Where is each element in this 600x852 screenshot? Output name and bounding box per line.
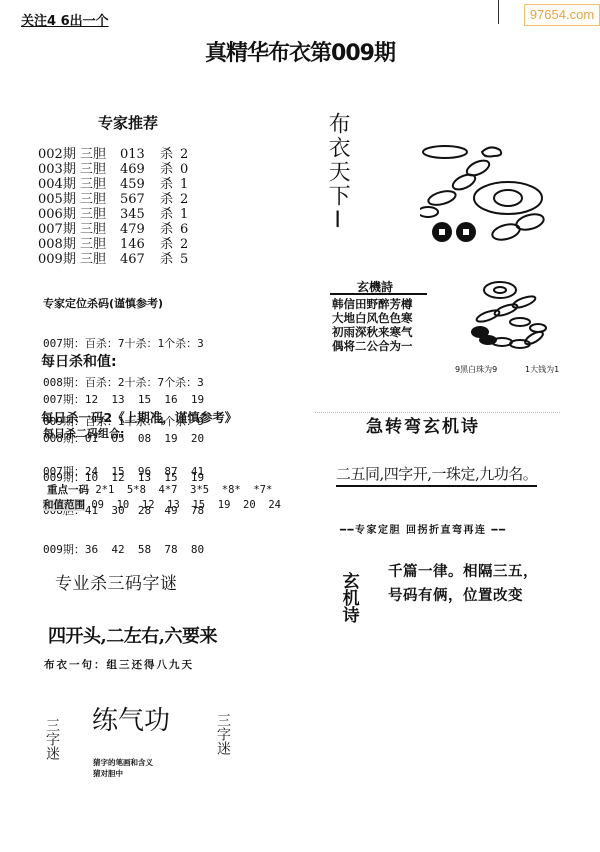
three-char-riddle-left: 三字迷 xyxy=(42,718,62,760)
rec-kill: 0 xyxy=(180,162,188,177)
beads-coins-illustration xyxy=(420,140,560,250)
rec-period: 007期 xyxy=(38,222,80,237)
rec-period: 005期 xyxy=(38,192,80,207)
list-item: 005期三胆567杀2 xyxy=(38,192,188,207)
rec-type: 三胆 xyxy=(80,192,120,207)
rec-type: 三胆 xyxy=(80,222,120,237)
rec-kill-label: 杀 xyxy=(160,222,180,237)
buyi-line: 布衣一句：组三还得八九天 xyxy=(44,657,194,672)
poem-line: 号码有俩，位置改变 xyxy=(388,584,538,608)
rec-type: 三胆 xyxy=(80,147,120,162)
rec-kill: 6 xyxy=(180,222,188,237)
rec-period: 006期 xyxy=(38,207,80,222)
list-item: 007期：百杀：7十杀：1个杀：3 xyxy=(43,337,204,350)
rec-kill: 2 xyxy=(180,147,188,162)
rec-kill-label: 杀 xyxy=(160,252,180,267)
position-kill-title: 专家定位杀码(谨慎参考) xyxy=(43,295,163,311)
rec-nums: 467 xyxy=(120,252,160,267)
divider xyxy=(498,0,499,24)
rec-nums: 469 xyxy=(120,162,160,177)
urgent-poem-line: 二五同,四字开,一珠定,九功名。 xyxy=(336,463,537,487)
rec-nums: 013 xyxy=(120,147,160,162)
rec-period: 008期 xyxy=(38,237,80,252)
focus-code-label: 重点一码 xyxy=(47,484,89,496)
buyi-vertical-title: 布衣天下I xyxy=(326,112,349,235)
rec-nums: 345 xyxy=(120,207,160,222)
xuanji-poem: 千篇一律。相隔三五， 号码有俩，位置改变 xyxy=(388,560,538,608)
list-item: 007期：12 13 15 16 19 xyxy=(43,393,204,406)
list-item: 003期三胆469杀0 xyxy=(38,162,188,177)
rec-kill: 2 xyxy=(180,192,188,207)
daily-kill-one: 每日杀一码2《上期准，谨慎参考》 xyxy=(41,408,237,426)
expert-banner: ━━专家定胆 回拐折直弯再连 ━━ xyxy=(340,521,507,536)
divider xyxy=(330,293,427,295)
poem-line: 千篇一律。相隔三五， xyxy=(388,560,538,584)
caption: 1大钱为1 xyxy=(525,364,559,375)
three-char-riddle-right: 三字迷 xyxy=(213,713,233,755)
list-item: 008期三胆146杀2 xyxy=(38,237,188,252)
urgent-poem-title: 急转弯玄机诗 xyxy=(366,412,480,437)
rec-period: 003期 xyxy=(38,162,80,177)
riddle-title: 专业杀三码字谜 xyxy=(55,569,178,594)
rec-kill-label: 杀 xyxy=(160,177,180,192)
poem: 韩信田野醉芳樽 大地白风色色寒 初雨深秋来寒气 偶将二公合为一 xyxy=(332,297,413,353)
rec-type: 三胆 xyxy=(80,237,120,252)
focus-code-value: 2*1 5*8 4*7 3*5 *8* *7* xyxy=(89,484,272,496)
rec-kill-label: 杀 xyxy=(160,207,180,222)
follow-note: 关注4 6出一个 xyxy=(21,10,109,29)
rec-period: 009期 xyxy=(38,252,80,267)
rec-kill: 1 xyxy=(180,177,188,192)
list-item: 002期三胆013杀2 xyxy=(38,147,188,162)
caption: 9黑白珠为9 xyxy=(455,364,497,375)
rec-nums: 479 xyxy=(120,222,160,237)
poem-line: 韩信田野醉芳樽 xyxy=(332,297,413,311)
rec-period: 002期 xyxy=(38,147,80,162)
rec-kill-label: 杀 xyxy=(160,237,180,252)
riddle-hint: 猜字的笔画和含义猜对胆中 xyxy=(93,757,155,779)
expert-recommend-title: 专家推荐 xyxy=(98,112,158,133)
page-title: 真精华布衣第009期 xyxy=(0,36,600,67)
riddle-word: 练气功 xyxy=(92,700,170,737)
rec-kill: 2 xyxy=(180,237,188,252)
focus-code: 重点一码 2*1 5*8 4*7 3*5 *8* *7* xyxy=(47,482,272,497)
sum-range-value: 09 10 12 13 15 19 20 24 xyxy=(85,499,281,511)
list-item: 009期：36 42 58 78 80 xyxy=(43,543,204,556)
rec-kill-label: 杀 xyxy=(160,162,180,177)
rec-nums: 459 xyxy=(120,177,160,192)
list-item: 007期：24 15 96 87 41 xyxy=(43,465,204,478)
rec-kill-label: 杀 xyxy=(160,192,180,207)
rec-type: 三胆 xyxy=(80,177,120,192)
list-item: 007期三胆479杀6 xyxy=(38,222,188,237)
watermark-badge: 97654.com xyxy=(524,4,600,26)
rec-nums: 567 xyxy=(120,192,160,207)
xuanji-vertical-title: 玄机诗 xyxy=(336,572,361,623)
list-item: 004期三胆459杀1 xyxy=(38,177,188,192)
expert-recommend-list: 002期三胆013杀2003期三胆469杀0004期三胆459杀1005期三胆5… xyxy=(38,147,188,267)
rec-kill-label: 杀 xyxy=(160,147,180,162)
rec-type: 三胆 xyxy=(80,252,120,267)
rec-type: 三胆 xyxy=(80,162,120,177)
poem-line: 偶将二公合为一 xyxy=(332,339,413,353)
list-item: 006期三胆345杀1 xyxy=(38,207,188,222)
sum-range: 和值范围 09 10 12 13 15 19 20 24 xyxy=(43,497,281,512)
riddle-line: 四开头,二左右,六要来 xyxy=(48,622,217,648)
poem-line: 大地白风色色寒 xyxy=(332,311,413,325)
rec-nums: 146 xyxy=(120,237,160,252)
rec-type: 三胆 xyxy=(80,207,120,222)
rec-kill: 1 xyxy=(180,207,188,222)
rec-kill: 5 xyxy=(180,252,188,267)
poem-line: 初雨深秋来寒气 xyxy=(332,325,413,339)
rec-period: 004期 xyxy=(38,177,80,192)
beads-chain-illustration xyxy=(462,280,582,355)
sum-range-label: 和值范围 xyxy=(43,499,85,511)
list-item: 009期三胆467杀5 xyxy=(38,252,188,267)
